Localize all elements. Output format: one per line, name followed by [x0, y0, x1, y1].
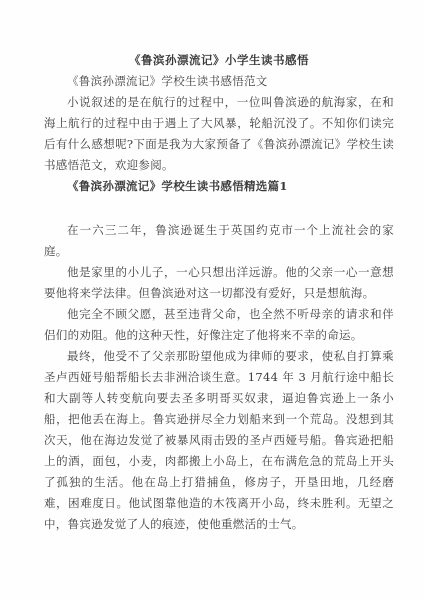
intro-paragraph: 小说叙述的是在航行的过程中，一位叫鲁滨逊的航海家，在和海上航行的过程中由于遇上了…: [44, 92, 394, 176]
section-heading: 《鲁滨孙漂流记》学校生读书感悟精选篇1: [44, 176, 394, 197]
document-page: 《鲁滨孙漂流记》小学生读书感悟 《鲁滨孙漂流记》学校生读书感悟范文 小说叙述的是…: [0, 0, 424, 600]
body-paragraph: 他完全不顾父愿，甚至违背父命，也全然不听母亲的请求和伴侣们的劝阻。他的这种天性，…: [44, 304, 394, 346]
body-paragraph: 最终，他受不了父亲那盼望他成为律师的要求，使私自打算乘圣卢西娅号船帮船长去非洲洽…: [44, 346, 394, 535]
body-paragraph: 在一六三二年，鲁滨逊诞生于英国约克市一个上流社会的家庭。: [44, 220, 394, 262]
document-subtitle: 《鲁滨孙漂流记》学校生读书感悟范文: [44, 71, 394, 92]
document-title: 《鲁滨孙漂流记》小学生读书感悟: [44, 50, 394, 71]
body-paragraph: 他是家里的小儿子，一心只想出洋远游。他的父亲一心一意想要他将来学法律。但鲁滨逊对…: [44, 262, 394, 304]
